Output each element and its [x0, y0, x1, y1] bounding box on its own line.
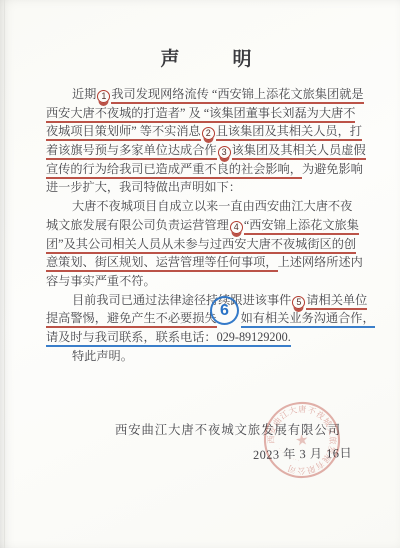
text-segment: 意策划、街区规划、运营管理等任何事项，: [46, 255, 278, 272]
statement-line: 团”及其公司相关人员从未参与过西安大唐不夜城街区的创: [46, 235, 358, 254]
text-segment: 上述网络所述内: [278, 255, 363, 270]
text-segment: 团”及其公司相关人员从未参与过西安大唐不夜城街区的创: [46, 237, 356, 254]
circled-number-2: 2: [202, 127, 215, 140]
statement-line: 着该旗号预与多家单位达成合作3该集团及其相关人员虚假: [46, 141, 358, 160]
statement-line: 夜城项目策划师” 等不实消息2且该集团及其相关人员，打: [46, 122, 358, 141]
text-segment: 且该集团及其相关人员，打: [216, 124, 362, 141]
statement-line: 近期1我司发现网络流传 “西安锦上添花文旅集团就是: [46, 85, 358, 104]
text-segment: 容与事实严重不符。: [46, 274, 156, 289]
statement-line: 目前我司已通过法律途径持续跟进该事件5请相关单位: [46, 291, 358, 310]
statement-line: 请及时与我司联系，联系电话：029-89129200.: [46, 328, 358, 347]
paper-edge: [4, 0, 5, 548]
circled-number-4: 4: [230, 221, 243, 234]
statement-line: 容与事实严重不符。: [46, 272, 358, 291]
circled-number-3: 3: [218, 146, 231, 159]
text-segment: 着该旗号预与多家单位达成合作: [46, 143, 217, 160]
statement-line: 意策划、街区规划、运营管理等任何事项，上述网络所述内: [46, 253, 358, 272]
circled-number-1: 1: [97, 90, 110, 103]
text-segment: 大唐不夜城项目自成立以来一直由西安曲江大唐不夜: [72, 199, 352, 214]
text-segment: 提高警惕，避免产生不必要损失: [46, 311, 217, 328]
statement-line: 城文旅发展有限公司负责运营管理4“西安锦上添花文旅集: [46, 216, 358, 235]
text-segment: 为避免影响: [302, 162, 363, 177]
text-segment: 进一步扩大，我司特做出声明如下：: [46, 180, 241, 195]
text-segment: 请相关单位: [306, 293, 367, 310]
text-segment: 夜城项目策划师” 等不实消息: [46, 124, 201, 141]
annotation-circle-6: 6: [210, 296, 239, 325]
statement-line: 进一步扩大，我司特做出声明如下：: [46, 178, 358, 197]
text-segment: 如有相关业务沟通合作，: [241, 311, 375, 328]
text-segment: 请及时与我司联系，联系电话：029-89129200.: [46, 330, 291, 347]
text-segment: 我司发现网络流传 “西安锦上添花文旅集团就是: [111, 87, 363, 104]
page-title: 声 明: [46, 44, 366, 71]
company-seal-stamp: 西安曲江大唐不夜城文旅发展有限公司 ★ · · · · · · · · · ·: [243, 381, 360, 498]
statement-line: 宣传的行为给我司已造成严重不良的社会影响，为避免影响: [46, 160, 358, 179]
text-segment: 近期: [72, 87, 96, 102]
text-segment: 西安大唐不夜城的打造者” 及 “该集团董事长刘磊为大唐不: [46, 106, 355, 123]
text-segment: 目前我司已通过法律途径持续跟进该事件: [72, 293, 291, 308]
text-segment: 宣传的行为给我司已造成严重不良的社会影响，: [46, 162, 302, 179]
text-segment: 城文旅发展有限公司负责运营管理: [46, 218, 229, 233]
circled-number-5: 5: [292, 296, 305, 309]
statement-line: 特此声明。: [46, 347, 358, 366]
text-segment: 该集团及其相关人员虚假: [232, 143, 366, 160]
statement-body: 近期1我司发现网络流传 “西安锦上添花文旅集团就是西安大唐不夜城的打造者” 及 …: [46, 85, 358, 365]
statement-document-photo: 声 明 近期1我司发现网络流传 “西安锦上添花文旅集团就是西安大唐不夜城的打造者…: [0, 0, 400, 548]
seal-star-icon: ★: [294, 432, 310, 450]
text-segment: “西安锦上添花文旅集: [244, 218, 359, 235]
statement-line: 大唐不夜城项目自成立以来一直由西安曲江大唐不夜: [46, 197, 358, 216]
statement-line: 西安大唐不夜城的打造者” 及 “该集团董事长刘磊为大唐不: [46, 104, 358, 123]
text-segment: 特此声明。: [72, 349, 133, 364]
statement-line: 提高警惕，避免产生不必要损失如有相关业务沟通合作，: [46, 309, 358, 328]
